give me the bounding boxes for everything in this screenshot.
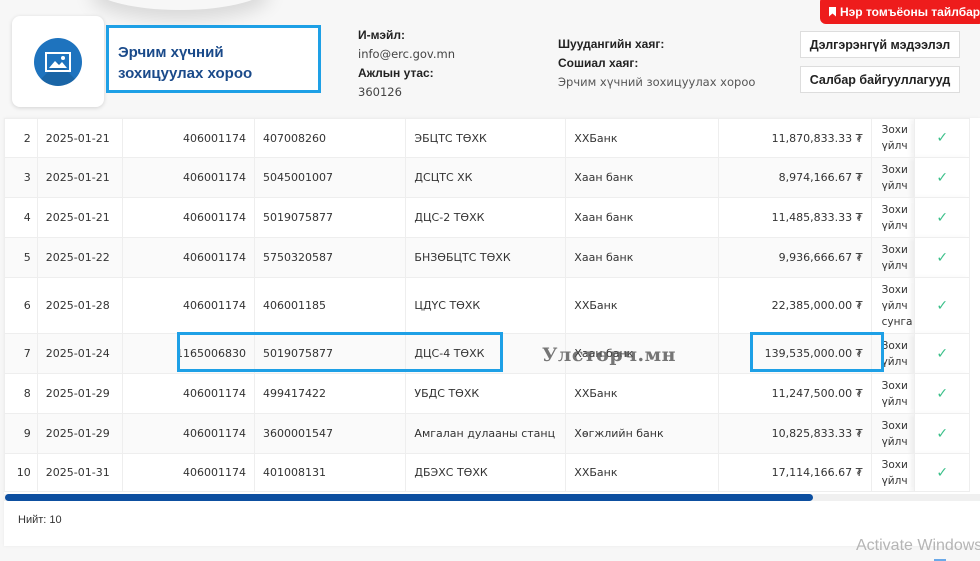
receiver-cell: ДЦС-2 ТӨХК (406, 198, 566, 238)
table-scroll-area[interactable]: 22025-01-21406001174407008260ЭБЦТС ТӨХКХ… (4, 118, 970, 492)
payments-table: 22025-01-21406001174407008260ЭБЦТС ТӨХКХ… (4, 118, 970, 492)
amount-cell: 9,936,666.67 ₮ (718, 238, 871, 278)
receiver-cell: ЭБЦТС ТӨХК (406, 119, 566, 158)
date-cell: 2025-01-24 (37, 334, 122, 374)
row-number: 5 (5, 238, 38, 278)
table-row[interactable]: 52025-01-224060011745750320587БНЗӨБЦТС Т… (5, 238, 970, 278)
bookmark-icon (829, 7, 836, 17)
org-title: Эрчим хүчний зохицуулах хороо (118, 44, 252, 82)
bank-cell: ХХБанк (566, 119, 718, 158)
amount-cell: 139,535,000.00 ₮ (718, 334, 871, 374)
activate-windows-notice: Activate Windows (856, 537, 980, 555)
receiver-reg-cell: 401008131 (255, 454, 406, 492)
note-cell: Зохи үйлч (871, 374, 915, 414)
payer-reg-cell: 406001174 (122, 158, 254, 198)
status-check-icon: ✓ (915, 334, 970, 374)
date-cell: 2025-01-28 (37, 278, 122, 334)
date-cell: 2025-01-29 (37, 414, 122, 454)
bank-cell: Хаан банк (566, 198, 718, 238)
row-number: 3 (5, 158, 38, 198)
note-cell: Зохи үйлч (871, 119, 915, 158)
bank-cell: Хаан банк (566, 158, 718, 198)
bank-cell: Хаан банк (566, 334, 718, 374)
table-row[interactable]: 82025-01-29406001174499417422УБДС ТӨХКХХ… (5, 374, 970, 414)
amount-cell: 22,385,000.00 ₮ (718, 278, 871, 334)
status-check-icon: ✓ (915, 454, 970, 492)
glossary-button[interactable]: Нэр томъёоны тайлбар (820, 0, 980, 24)
note-cell: Зохи үйлч (871, 334, 915, 374)
amount-cell: 11,485,833.33 ₮ (718, 198, 871, 238)
social-value[interactable]: Эрчим хүчний зохицуулах хороо (558, 73, 755, 92)
payer-reg-cell: 406001174 (122, 414, 254, 454)
receiver-reg-cell: 5045001007 (255, 158, 406, 198)
row-number: 7 (5, 334, 38, 374)
payer-reg-cell: 406001174 (122, 198, 254, 238)
row-number: 9 (5, 414, 38, 454)
email-value[interactable]: info@erc.gov.mn (358, 45, 455, 64)
date-cell: 2025-01-31 (37, 454, 122, 492)
branches-button[interactable]: Салбар байгууллагууд (800, 66, 960, 93)
bank-cell: ХХБанк (566, 454, 718, 492)
email-label: И-мэйл: (358, 26, 455, 45)
receiver-reg-cell: 5019075877 (255, 334, 406, 374)
date-cell: 2025-01-21 (37, 119, 122, 158)
horizontal-scrollbar[interactable] (4, 494, 980, 501)
table-row[interactable]: 42025-01-214060011745019075877ДЦС-2 ТӨХК… (5, 198, 970, 238)
details-button[interactable]: Дэлгэрэнгүй мэдээлэл (800, 31, 960, 58)
note-cell: Зохи үйлч (871, 414, 915, 454)
total-count: Нийт: 10 (18, 514, 62, 526)
top-shadow (90, 0, 270, 10)
status-check-icon: ✓ (915, 238, 970, 278)
receiver-reg-cell: 406001185 (255, 278, 406, 334)
date-cell: 2025-01-21 (37, 158, 122, 198)
status-check-icon: ✓ (915, 278, 970, 334)
payments-card: 22025-01-21406001174407008260ЭБЦТС ТӨХКХ… (4, 118, 980, 546)
row-number: 2 (5, 119, 38, 158)
receiver-reg-cell: 5750320587 (255, 238, 406, 278)
table-row[interactable]: 72025-01-2411650068305019075877ДЦС-4 ТӨХ… (5, 334, 970, 374)
amount-cell: 11,247,500.00 ₮ (718, 374, 871, 414)
receiver-cell: ДСЦТС ХК (406, 158, 566, 198)
glossary-button-label: Нэр томъёоны тайлбар (840, 5, 980, 19)
receiver-cell: ДЦС-4 ТӨХК (406, 334, 566, 374)
receiver-cell: ЦДҮС ТӨХК (406, 278, 566, 334)
receiver-cell: ДБЭХС ТӨХК (406, 454, 566, 492)
scrollbar-thumb[interactable] (5, 494, 813, 501)
receiver-cell: УБДС ТӨХК (406, 374, 566, 414)
org-logo (12, 16, 104, 107)
table-row[interactable]: 102025-01-31406001174401008131ДБЭХС ТӨХК… (5, 454, 970, 492)
status-check-icon: ✓ (915, 119, 970, 158)
table-row[interactable]: 22025-01-21406001174407008260ЭБЦТС ТӨХКХ… (5, 119, 970, 158)
org-title-highlight: Эрчим хүчний зохицуулах хороо (106, 25, 321, 93)
status-check-icon: ✓ (915, 414, 970, 454)
bank-cell: Хаан банк (566, 238, 718, 278)
receiver-cell: БНЗӨБЦТС ТӨХК (406, 238, 566, 278)
table-row[interactable]: 92025-01-294060011743600001547Амгалан ду… (5, 414, 970, 454)
bank-cell: ХХБанк (566, 374, 718, 414)
payer-reg-cell: 406001174 (122, 454, 254, 492)
table-row[interactable]: 32025-01-214060011745045001007ДСЦТС ХКХа… (5, 158, 970, 198)
phone-value: 360126 (358, 83, 455, 102)
row-number: 6 (5, 278, 38, 334)
contact-info: И-мэйл: info@erc.gov.mn Ажлын утас: 3601… (358, 26, 455, 102)
date-cell: 2025-01-29 (37, 374, 122, 414)
receiver-cell: Амгалан дулааны станц (406, 414, 566, 454)
note-cell: Зохи үйлч (871, 454, 915, 492)
status-check-icon: ✓ (915, 374, 970, 414)
amount-cell: 11,870,833.33 ₮ (718, 119, 871, 158)
date-cell: 2025-01-22 (37, 238, 122, 278)
payer-reg-cell: 406001174 (122, 238, 254, 278)
address-info: Шуудангийн хаяг: Сошиал хаяг: Эрчим хүчн… (558, 35, 755, 92)
receiver-reg-cell: 407008260 (255, 119, 406, 158)
image-placeholder-icon (34, 38, 82, 86)
receiver-reg-cell: 499417422 (255, 374, 406, 414)
amount-cell: 17,114,166.67 ₮ (718, 454, 871, 492)
phone-label: Ажлын утас: (358, 64, 455, 83)
date-cell: 2025-01-21 (37, 198, 122, 238)
note-cell: Зохи үйлч (871, 238, 915, 278)
bank-cell: ХХБанк (566, 278, 718, 334)
receiver-reg-cell: 3600001547 (255, 414, 406, 454)
note-cell: Зохи үйлч (871, 198, 915, 238)
bank-cell: Хөгжлийн банк (566, 414, 718, 454)
payer-reg-cell: 406001174 (122, 374, 254, 414)
row-number: 4 (5, 198, 38, 238)
table-row[interactable]: 62025-01-28406001174406001185ЦДҮС ТӨХКХХ… (5, 278, 970, 334)
row-number: 8 (5, 374, 38, 414)
note-cell: Зохи үйлч сунга (871, 278, 915, 334)
row-number: 10 (5, 454, 38, 492)
amount-cell: 8,974,166.67 ₮ (718, 158, 871, 198)
note-cell: Зохи үйлч (871, 158, 915, 198)
social-label: Сошиал хаяг: (558, 54, 755, 73)
amount-cell: 10,825,833.33 ₮ (718, 414, 871, 454)
website-label: Шуудангийн хаяг: (558, 35, 755, 54)
status-check-icon: ✓ (915, 158, 970, 198)
status-check-icon: ✓ (915, 198, 970, 238)
receiver-reg-cell: 5019075877 (255, 198, 406, 238)
payer-reg-cell: 406001174 (122, 278, 254, 334)
payer-reg-cell: 406001174 (122, 119, 254, 158)
payer-reg-cell: 1165006830 (122, 334, 254, 374)
